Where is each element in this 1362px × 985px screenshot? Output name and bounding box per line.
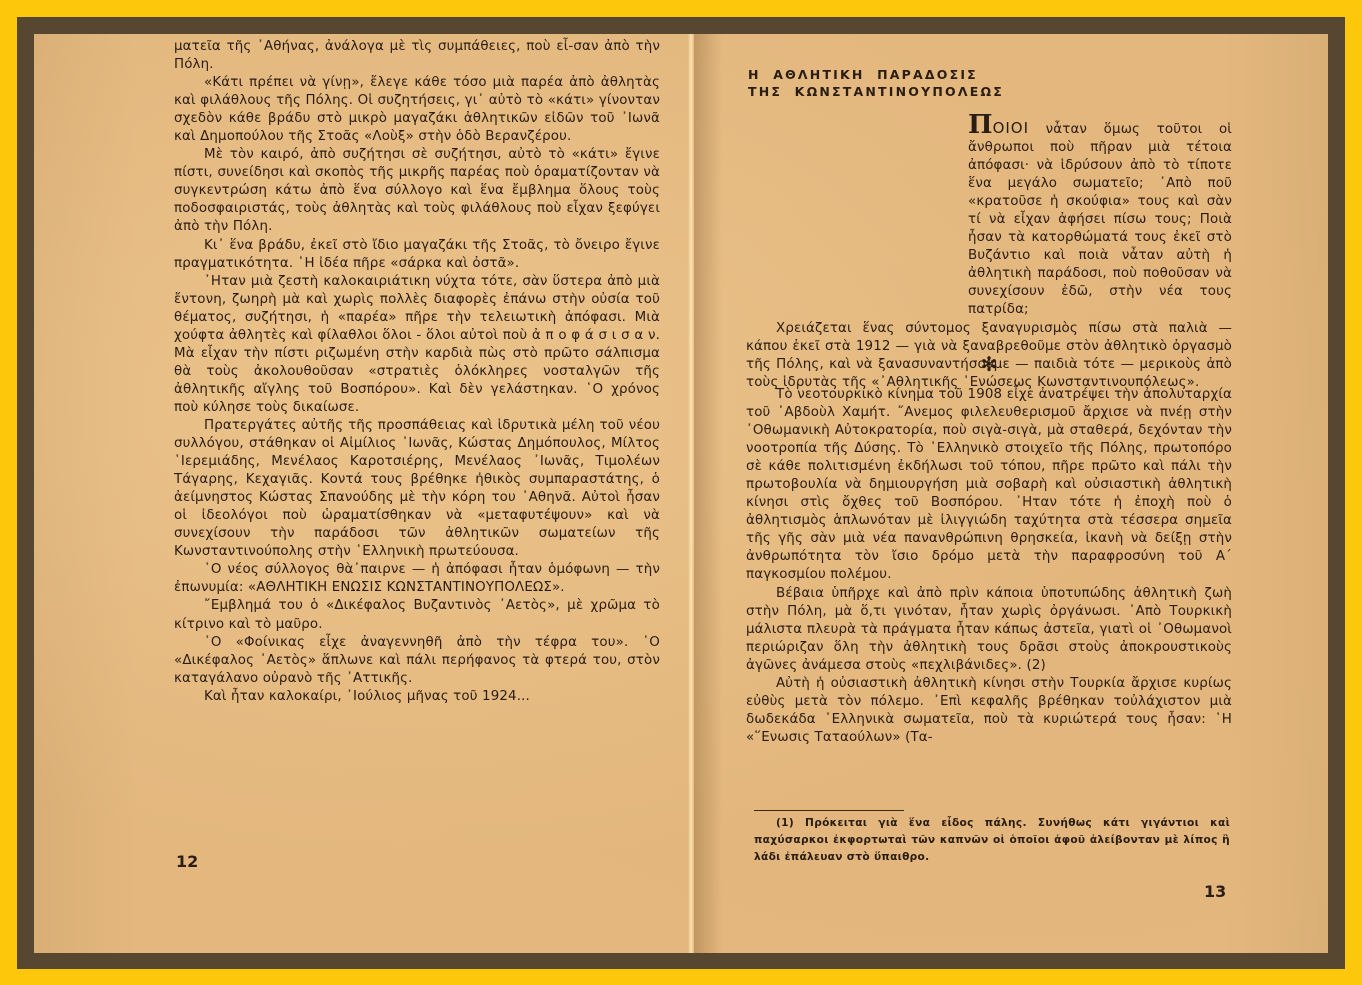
drop-cap: Π bbox=[968, 110, 993, 140]
right-page-intro: ΠΟΙΟΙ νἆταν ὅμως τοῦτοι οἱ ἄνθρωποι ποὺ … bbox=[746, 116, 1232, 392]
book-spine-shadow bbox=[694, 34, 722, 953]
paragraph: Τὸ νεοτουρκικὸ κίνημα τοῦ 1908 εἶχε ἀνατ… bbox=[746, 386, 1232, 585]
paragraph: «Κάτι πρέπει νὰ γίνῃ», ἔλεγε κάθε τόσο μ… bbox=[174, 74, 660, 146]
paragraph: ῾Ο νέος σύλλογος θὰ᾿παιρνε — ἡ ἀπόφασι ἦ… bbox=[174, 561, 660, 597]
paragraph: Κι᾿ ἕνα βράδυ, ἐκεῖ στὸ ἴδιο μαγαζάκι τῆ… bbox=[174, 237, 660, 273]
book-spread: ματεῖα τῆς ᾿Αθήνας, ἀνάλογα μὲ τὶς συμπά… bbox=[34, 34, 1328, 953]
page-number: 13 bbox=[1204, 882, 1226, 901]
left-page: ματεῖα τῆς ᾿Αθήνας, ἀνάλογα μὲ τὶς συμπά… bbox=[174, 34, 660, 953]
footnote-text: (1) Πρόκειται γιὰ ἕνα εἶδος πάλης. Συνήθ… bbox=[754, 815, 1230, 866]
drop-cap-rest: ΟΙΟΙ bbox=[993, 119, 1029, 137]
paragraph: Πρατεργάτες αὐτῆς τῆς προσπάθειας καὶ ἱδ… bbox=[174, 417, 660, 561]
right-page-body: Τὸ νεοτουρκικὸ κίνημα τοῦ 1908 εἶχε ἀνατ… bbox=[746, 386, 1232, 747]
paragraph: Καὶ ἦταν καλοκαίρι, ᾿Ιούλιος μῆνας τοῦ 1… bbox=[174, 688, 660, 706]
footnote-divider bbox=[754, 810, 904, 811]
footnote: (1) Πρόκειται γιὰ ἕνα εἶδος πάλης. Συνήθ… bbox=[754, 815, 1230, 866]
chapter-title-line: ΤΗΣ ΚΩΝΣΤΑΝΤΙΝΟΥΠΟΛΕΩΣ bbox=[748, 83, 1004, 100]
chapter-title: Η ΑΘΛΗΤΙΚΗ ΠΑΡΑΔΟΣΙΣ ΤΗΣ ΚΩΝΣΤΑΝΤΙΝΟΥΠΟΛ… bbox=[748, 66, 1004, 100]
paragraph: Μὲ τὸν καιρό, ἀπὸ συζήτησι σὲ συζήτησι, … bbox=[174, 146, 660, 236]
opening-paragraph-text: νἆταν ὅμως τοῦτοι οἱ ἄνθρωποι ποὺ πῆραν … bbox=[968, 122, 1232, 317]
section-separator-asterisk: ✻ bbox=[746, 352, 1232, 376]
opening-paragraph: ΠΟΙΟΙ νἆταν ὅμως τοῦτοι οἱ ἄνθρωποι ποὺ … bbox=[746, 116, 1232, 320]
paragraph: ῎Εμβλημά του ὁ «Δικέφαλος Βυζαντινὸς ᾿Αε… bbox=[174, 597, 660, 633]
paragraph: ῾Ο «Φοίνικας εἶχε ἀναγεννηθῆ ἀπὸ τὴν τέφ… bbox=[174, 634, 660, 688]
paragraph: ᾿Ηταν μιὰ ζεστὴ καλοκαιριάτικη νύχτα τότ… bbox=[174, 273, 660, 417]
page-number: 12 bbox=[176, 852, 198, 871]
left-page-body: ματεῖα τῆς ᾿Αθήνας, ἀνάλογα μὲ τὶς συμπά… bbox=[174, 38, 660, 706]
paragraph: ματεῖα τῆς ᾿Αθήνας, ἀνάλογα μὲ τὶς συμπά… bbox=[174, 38, 660, 74]
paragraph: Αὐτὴ ἡ οὐσιαστικὴ ἀθλητικὴ κίνησι στὴν Τ… bbox=[746, 675, 1232, 747]
chapter-title-line: Η ΑΘΛΗΤΙΚΗ ΠΑΡΑΔΟΣΙΣ bbox=[748, 66, 1004, 83]
paragraph: Βέβαια ὑπῆρχε καὶ ἀπὸ πρὶν κάποια ὑποτυπ… bbox=[746, 585, 1232, 675]
right-page: Η ΑΘΛΗΤΙΚΗ ΠΑΡΑΔΟΣΙΣ ΤΗΣ ΚΩΝΣΤΑΝΤΙΝΟΥΠΟΛ… bbox=[746, 34, 1232, 953]
